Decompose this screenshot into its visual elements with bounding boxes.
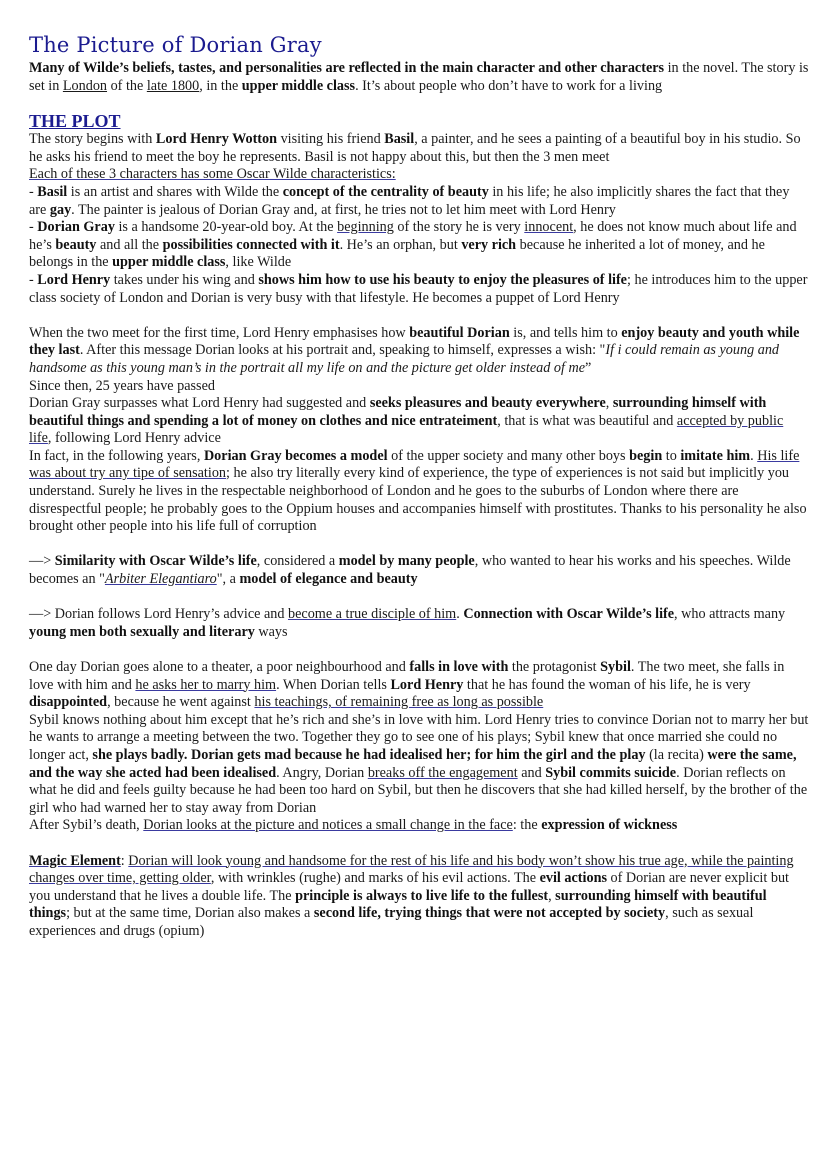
arrow-icon: —>: [29, 553, 55, 569]
sybil-paragraph-1: One day Dorian goes alone to a theater, …: [29, 659, 809, 712]
paragraph-gap: [29, 641, 809, 659]
section-heading-plot: THE PLOT: [29, 111, 809, 131]
character-basil: - Basil is an artist and shares with Wil…: [29, 184, 809, 219]
paragraph-gap: [29, 307, 809, 325]
connection-paragraph: —> Dorian follows Lord Henry’s advice an…: [29, 606, 809, 641]
paragraph-gap: [29, 536, 809, 554]
arrow-icon: —>: [29, 606, 55, 622]
character-henry: - Lord Henry takes under his wing and sh…: [29, 272, 809, 307]
plot-paragraph-5: In fact, in the following years, Dorian …: [29, 448, 809, 536]
characters-intro: Each of these 3 characters has some Osca…: [29, 166, 809, 184]
plot-paragraph-4: Dorian Gray surpasses what Lord Henry ha…: [29, 395, 809, 448]
similarity-paragraph: —> Similarity with Oscar Wilde’s life, c…: [29, 553, 809, 588]
underlined-text: late 1800: [147, 78, 199, 94]
magic-element-label: Magic Element: [29, 853, 121, 869]
underlined-text: London: [63, 78, 107, 94]
paragraph-gap: [29, 835, 809, 853]
plot-paragraph-1: The story begins with Lord Henry Wotton …: [29, 131, 809, 166]
intro-paragraph: Many of Wilde’s beliefs, tastes, and per…: [29, 60, 809, 95]
plot-paragraph-3: Since then, 25 years have passed: [29, 378, 809, 396]
sybil-paragraph-2: Sybil knows nothing about him except tha…: [29, 712, 809, 818]
bold-text: Many of Wilde’s beliefs, tastes, and per…: [29, 60, 664, 76]
paragraph-gap: [29, 589, 809, 607]
magic-element-paragraph: Magic Element: Dorian will look young an…: [29, 853, 809, 941]
document-page: The Picture of Dorian Gray Many of Wilde…: [29, 32, 809, 941]
document-title: The Picture of Dorian Gray: [29, 32, 809, 58]
sybil-paragraph-3: After Sybil’s death, Dorian looks at the…: [29, 817, 809, 835]
character-dorian: - Dorian Gray is a handsome 20-year-old …: [29, 219, 809, 272]
plot-paragraph-2: When the two meet for the first time, Lo…: [29, 325, 809, 378]
